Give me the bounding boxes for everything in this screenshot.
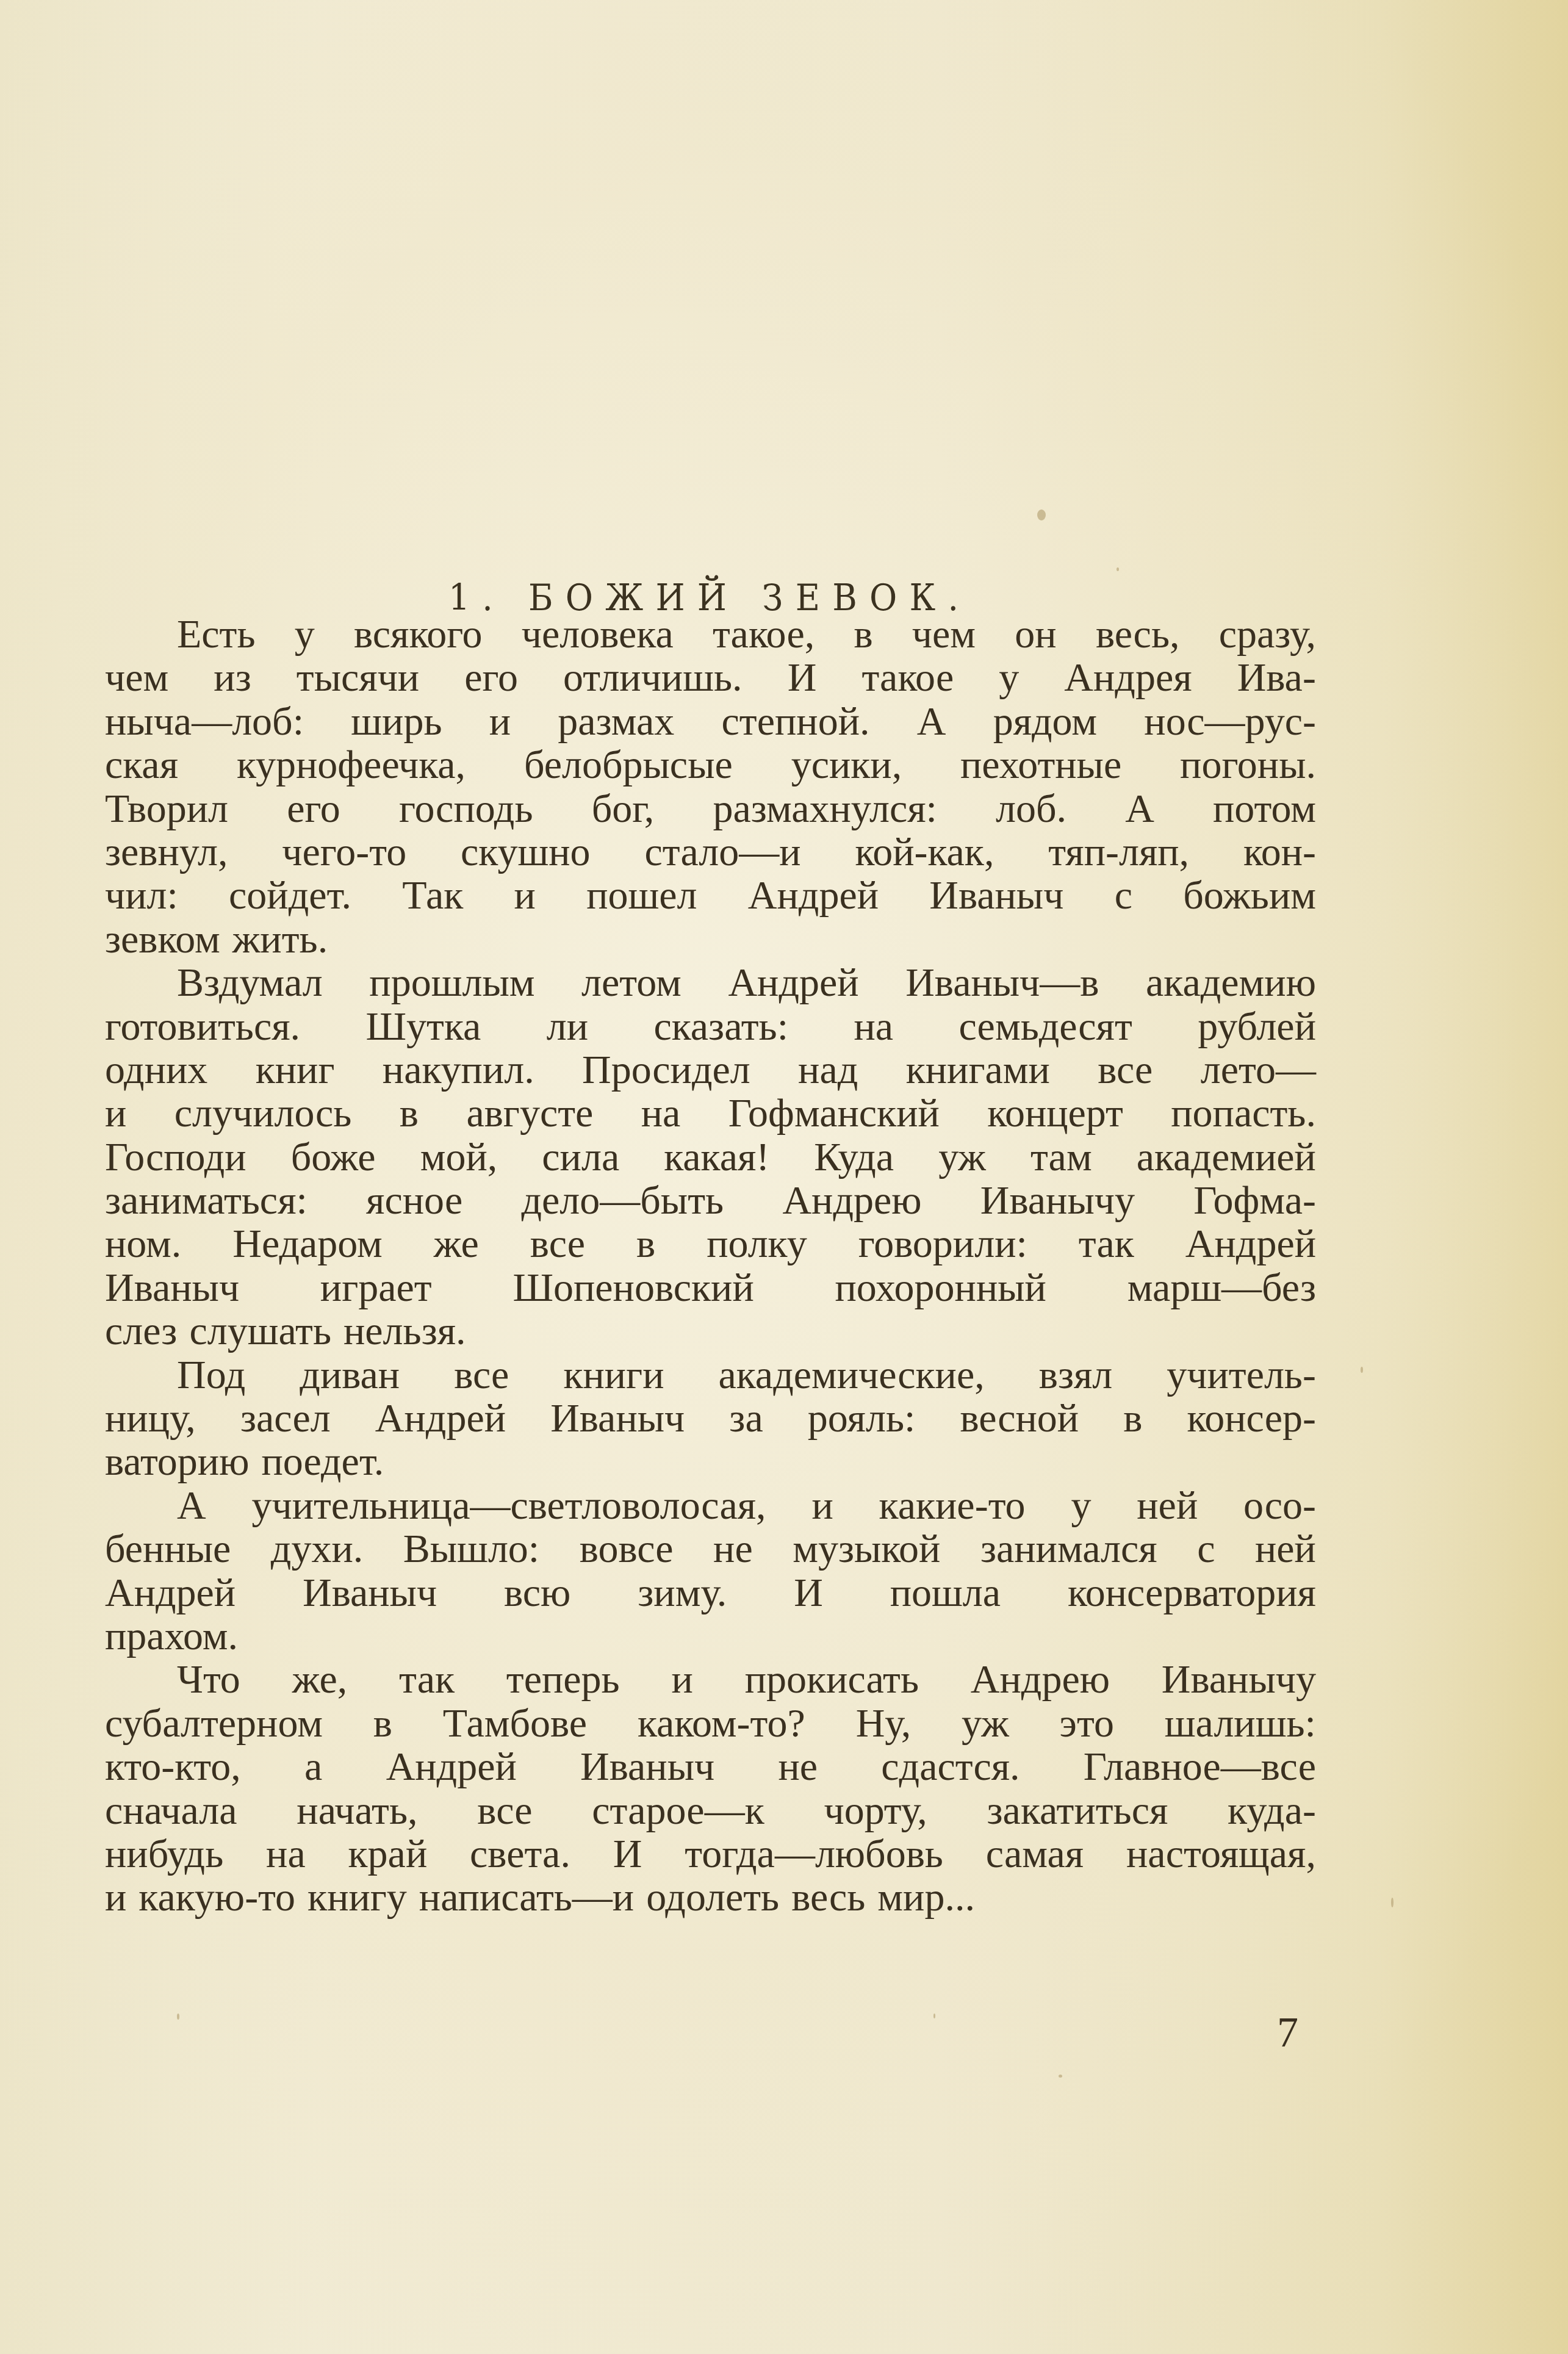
paper-speck: [1391, 1898, 1394, 1907]
text-line: зевнул,чего-тоскушностало—икой-как,тяп-л…: [105, 830, 1316, 874]
text-line: ВздумалпрошлымлетомАндрейИваныч—вакадеми…: [105, 961, 1316, 1004]
text-line: слезслушатьнельзя.: [105, 1309, 1316, 1353]
text-line: АндрейИванычвсюзиму.Ипошлаконсерватория: [105, 1571, 1316, 1614]
text-line: ницу,заселАндрейИванычзарояль:веснойвкон…: [105, 1397, 1316, 1440]
text-line: Аучительница—светловолосая,икакие-тоуней…: [105, 1484, 1316, 1527]
text-line: Чтоже,тактеперьипрокисатьАндреюИванычу: [105, 1658, 1316, 1701]
text-line: ном.Недаромжевсевполкуговорили:такАндрей: [105, 1222, 1316, 1265]
paper-speck: [177, 2014, 179, 2020]
text-line: ИванычиграетШопеновскийпохоронныймарш—бе…: [105, 1266, 1316, 1309]
paper-speck: [1117, 567, 1119, 571]
paper-speck: [1059, 2075, 1062, 2078]
text-line: Поддиванвсекнигиакадемические,взялучител…: [105, 1353, 1316, 1397]
paragraph: Естьувсякогочеловекатакое,вчемонвесь,сра…: [105, 613, 1316, 961]
text-line: ислучилосьвавгустенаГофманскийконцертпоп…: [105, 1092, 1316, 1135]
text-line: кто-кто,аАндрейИванычнесдастся.Главное—в…: [105, 1745, 1316, 1788]
paragraph: Чтоже,тактеперьипрокисатьАндреюИванычусу…: [105, 1658, 1316, 1919]
text-line: зевкомжить.: [105, 918, 1316, 961]
paragraph: Поддиванвсекнигиакадемические,взялучител…: [105, 1353, 1316, 1484]
text-line: скаякурнофеечка,белобрысыеусики,пехотные…: [105, 743, 1316, 786]
paper-speck: [1361, 1367, 1363, 1373]
text-line: Творилегогосподьбог,размахнулся:лоб.Апот…: [105, 787, 1316, 830]
text-line: однихкнигнакупил.Просиделнадкнигамивселе…: [105, 1048, 1316, 1092]
text-line: прахом.: [105, 1614, 1316, 1658]
text-line: икакую-токнигунаписать—иодолетьвесьмир..…: [105, 1876, 1316, 1919]
body-text: Естьувсякогочеловекатакое,вчемонвесь,сра…: [105, 613, 1316, 1920]
text-line: Господибожемой,силакакая!Кудаужтамакадем…: [105, 1136, 1316, 1179]
text-line: чил:сойдет.ТакипошелАндрейИванычсбожьим: [105, 874, 1316, 917]
paragraph: ВздумалпрошлымлетомАндрейИваныч—вакадеми…: [105, 961, 1316, 1353]
text-line: ваториюпоедет.: [105, 1440, 1316, 1483]
text-line: нибудьнакрайсвета.Итогда—любовьсамаянаст…: [105, 1832, 1316, 1876]
paragraph: Аучительница—светловолосая,икакие-тоуней…: [105, 1484, 1316, 1658]
text-line: ныча—лоб:ширьиразмахстепной.Арядомнос—ру…: [105, 700, 1316, 743]
text-line: чемизтысячиегоотличишь.ИтакоеуАндреяИва-: [105, 656, 1316, 699]
text-line: Естьувсякогочеловекатакое,вчемонвесь,сра…: [105, 613, 1316, 656]
text-line: заниматься:ясноедело—бытьАндреюИванычуГо…: [105, 1179, 1316, 1222]
page-number: 7: [1277, 2009, 1298, 2057]
text-line: сначаланачать,всестарое—кчорту,закатитьс…: [105, 1789, 1316, 1832]
text-line: готовиться.Шуткалисказать:насемьдесятруб…: [105, 1005, 1316, 1048]
paper-speck: [1037, 509, 1046, 520]
text-line: субалтерномвТамбовекаком-то?Ну,ужэтошали…: [105, 1702, 1316, 1745]
text-line: бенныедухи.Вышло:вовсенемузыкойзанимался…: [105, 1527, 1316, 1571]
paper-speck: [933, 2014, 935, 2018]
